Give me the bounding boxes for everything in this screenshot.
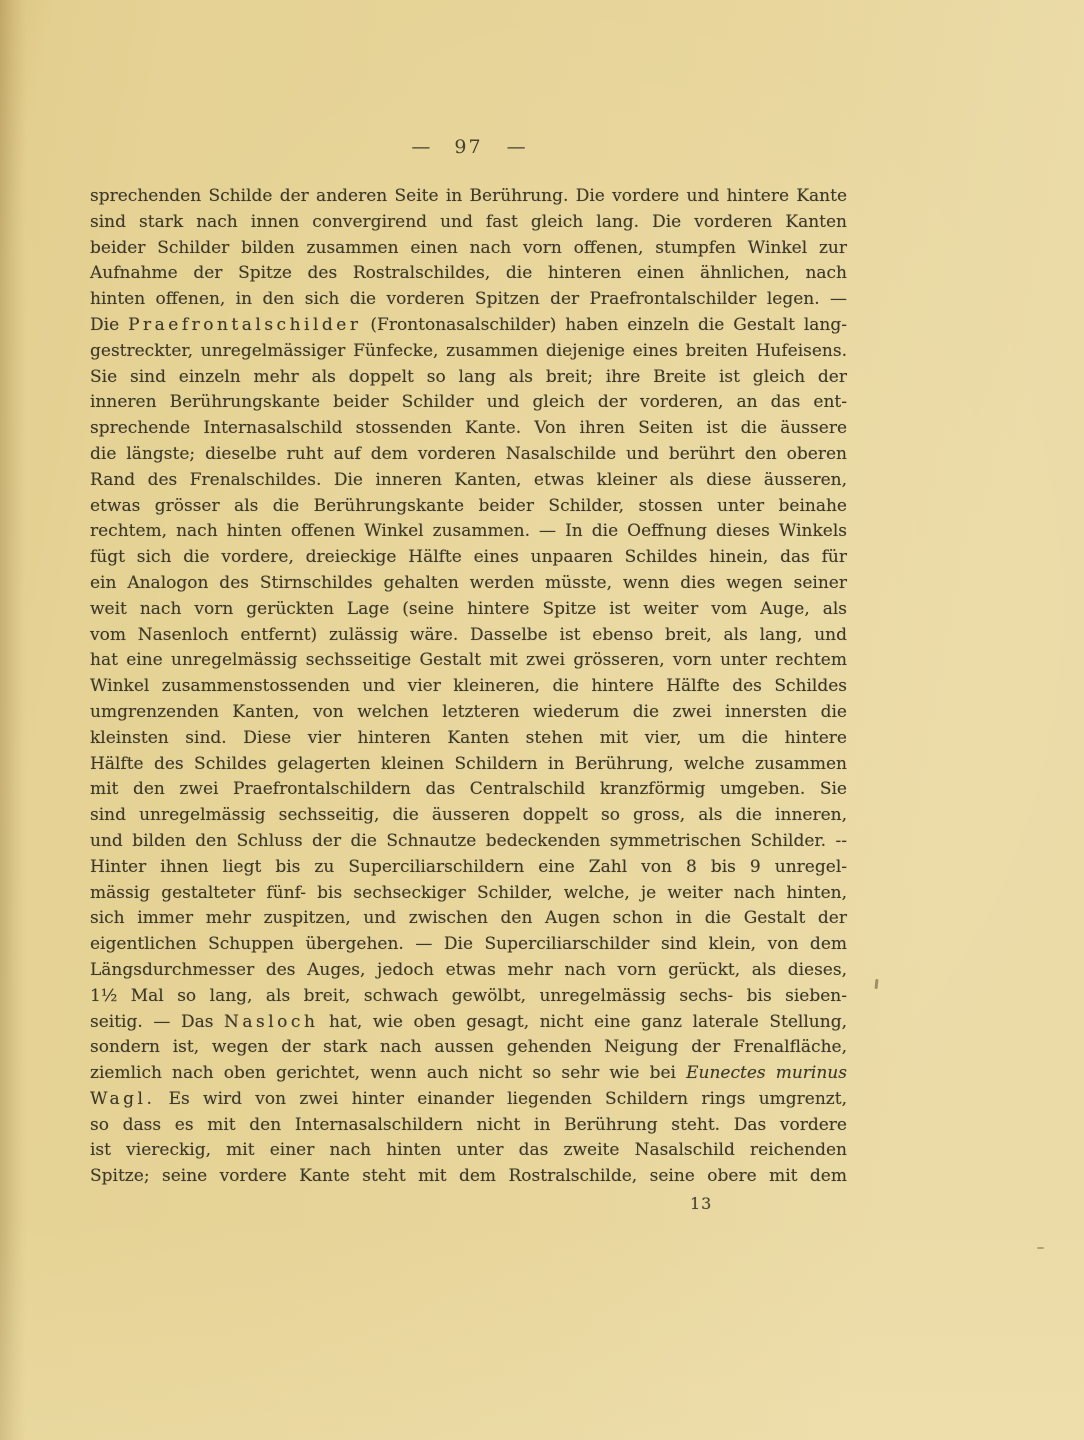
- text-line: die längste; dieselbe ruht auf dem vorde…: [90, 442, 847, 468]
- text-line: etwas grösser als die Berührungskante be…: [90, 494, 847, 520]
- scan-speck: [874, 979, 878, 989]
- signature-mark: 13: [690, 1193, 712, 1215]
- text-line: sind unregelmässig sechsseitig, die äuss…: [90, 803, 847, 829]
- text-line: eigentlichen Schuppen übergehen. — Die S…: [90, 932, 847, 958]
- text-line: ein Analogon des Stirnschildes gehalten …: [90, 571, 847, 597]
- text-line: ist viereckig, mit einer nach hinten unt…: [90, 1138, 847, 1164]
- text-line: kleinsten sind. Diese vier hinteren Kant…: [90, 726, 847, 752]
- species-name-italic: Eunectes murinus: [686, 1063, 847, 1083]
- text-line: Wagl. Es wird von zwei hinter einander l…: [90, 1087, 847, 1113]
- text-line: vom Nasenloch entfernt) zulässig wäre. D…: [90, 623, 847, 649]
- letterspaced-term: Nasloch: [224, 1012, 318, 1032]
- text-line: 1½ Mal so lang, als breit, schwach gewöl…: [90, 984, 847, 1010]
- text-line: hat eine unregelmässig sechsseitige Gest…: [90, 648, 847, 674]
- text-line: und bilden den Schluss der die Schnautze…: [90, 829, 847, 855]
- text-line: gestreckter, unregelmässiger Fünfecke, z…: [90, 339, 847, 365]
- text-line: Sie sind einzeln mehr als doppelt so lan…: [90, 365, 847, 391]
- header-left-dash: —: [411, 134, 430, 160]
- scan-speck: [1037, 1247, 1044, 1249]
- text-line: rechtem, nach hinten offenen Winkel zusa…: [90, 519, 847, 545]
- text-line: fügt sich die vordere, dreieckige Hälfte…: [90, 545, 847, 571]
- text-line: Längsdurchmesser des Auges, jedoch etwas…: [90, 958, 847, 984]
- body-text-block: sprechenden Schilde der anderen Seite in…: [90, 184, 847, 1190]
- page-bottom-lightening: [0, 1220, 1084, 1440]
- letterspaced-term: Wagl.: [90, 1089, 155, 1109]
- text-line: sondern ist, wegen der stark nach aussen…: [90, 1035, 847, 1061]
- text-line: Die Praefrontalschilder (Frontonasalschi…: [90, 313, 847, 339]
- text-line: hinten offenen, in den sich die vorderen…: [90, 287, 847, 313]
- text-line: Hinter ihnen liegt bis zu Superciliarsch…: [90, 855, 847, 881]
- text-line: umgrenzenden Kanten, von welchen letzter…: [90, 700, 847, 726]
- text-line: sprechende Internasalschild stossenden K…: [90, 416, 847, 442]
- text-line: so dass es mit den Internasalschildern n…: [90, 1113, 847, 1139]
- text-line: beider Schilder bilden zusammen einen na…: [90, 236, 847, 262]
- text-line: seitig. — Das Nasloch hat, wie oben gesa…: [90, 1010, 847, 1036]
- text-line: weit nach vorn gerückten Lage (seine hin…: [90, 597, 847, 623]
- text-line: inneren Berührungskante beider Schilder …: [90, 390, 847, 416]
- text-line: Hälfte des Schildes gelagerten kleinen S…: [90, 752, 847, 778]
- text-line: Spitze; seine vordere Kante steht mit de…: [90, 1164, 847, 1190]
- page-number: 97: [454, 134, 482, 160]
- running-head: —97—: [90, 134, 847, 160]
- text-line: sprechenden Schilde der anderen Seite in…: [90, 184, 847, 210]
- text-line: Rand des Frenalschildes. Die inneren Kan…: [90, 468, 847, 494]
- text-line: Winkel zusammenstossenden und vier klein…: [90, 674, 847, 700]
- text-line: mit den zwei Praefrontalschildern das Ce…: [90, 777, 847, 803]
- text-line: ziemlich nach oben gerichtet, wenn auch …: [90, 1061, 847, 1087]
- letterspaced-term: Praefrontalschilder: [128, 315, 361, 335]
- text-line: mässig gestalteter fünf- bis sechseckige…: [90, 881, 847, 907]
- book-page: —97— sprechenden Schilde der anderen Sei…: [0, 0, 1084, 1440]
- text-line: sind stark nach innen convergirend und f…: [90, 210, 847, 236]
- header-right-dash: —: [507, 134, 526, 160]
- text-line: sich immer mehr zuspitzen, und zwischen …: [90, 906, 847, 932]
- text-line: Aufnahme der Spitze des Rostralschildes,…: [90, 261, 847, 287]
